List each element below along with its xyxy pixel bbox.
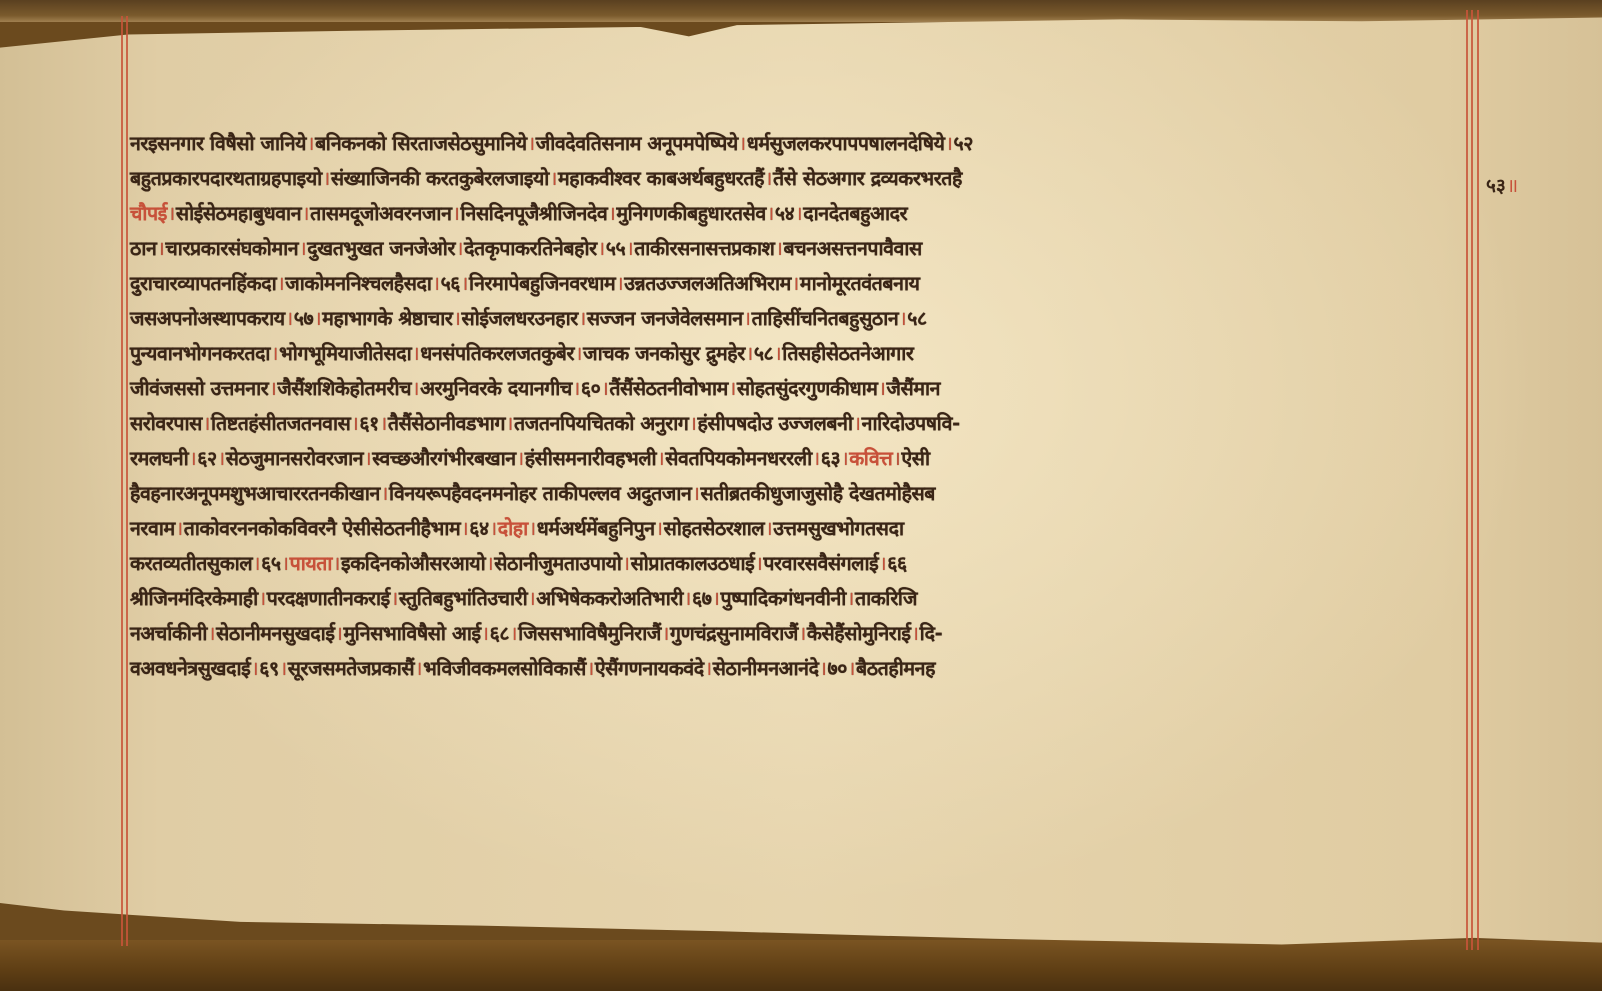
danda-mark: ।: [452, 202, 461, 225]
rubric-heading: चौपई: [130, 202, 167, 225]
verse-segment: दुराचारव्यापतनहिंकदा: [130, 272, 276, 295]
verse-segment: तैसैंसेठानीवडभाग: [388, 412, 505, 435]
left-margin-rule: [121, 16, 123, 946]
danda-mark: ।: [516, 447, 525, 470]
danda-mark: ।: [527, 587, 536, 610]
danda-mark: ।: [847, 657, 856, 680]
verse-segment: अरमुनिवरके दयानगीच: [420, 377, 572, 400]
verse-segment: ठान: [130, 237, 156, 260]
verse-segment: ६३: [821, 447, 840, 470]
verse-segment: श्रीजिनमंदिरकेमाही: [130, 587, 258, 610]
verse-segment: ५८: [907, 307, 926, 330]
verse-segment: सूरजसमतेजप्रकासैं: [288, 657, 414, 680]
danda-mark: ।: [527, 132, 536, 155]
danda-mark: ।: [683, 587, 692, 610]
manuscript-line: नअर्चाकीनी।सेठानीमनसुखदाई।मुनिसभाविषैसो …: [130, 616, 1448, 651]
verse-segment: सेठानीमनसुखदाई: [216, 622, 334, 645]
verse-segment: सरोवरपास: [130, 412, 202, 435]
danda-mark: ।: [279, 657, 288, 680]
verse-segment: सतीब्रतकीधुजाजुसोहै देखतमोहैसब: [700, 482, 935, 505]
danda-mark: ।: [704, 657, 713, 680]
danda-mark: ।: [574, 342, 583, 365]
danda-mark: ।: [625, 237, 634, 260]
manuscript-line: चौपई।सोईसेठमहाबुधवान।तासमदूजोअवरनजान।निस…: [130, 196, 1448, 231]
verse-segment: इकदिनकोऔसरआयो: [341, 552, 485, 575]
danda-mark: ।: [911, 622, 920, 645]
rubric-heading: कवित्त: [849, 447, 892, 470]
verse-segment: तिसहीसेठतनेआगार: [782, 342, 913, 365]
manuscript-text-block: नरइसनगार विषैसो जानिये।बनिकनको सिरताजसेठ…: [130, 126, 1448, 686]
verse-segment: भविजीवकमलसोविकासैं: [423, 657, 586, 680]
right-margin-rule: [1477, 10, 1479, 950]
danda-mark: ।: [846, 587, 855, 610]
verse-segment: जीवंजससो उत्तमनार: [130, 377, 268, 400]
verse-segment: ६९: [259, 657, 278, 680]
danda-mark: ।: [712, 587, 721, 610]
danda-mark: ।: [764, 167, 773, 190]
danda-mark: ।: [819, 657, 828, 680]
danda-mark: ।: [794, 202, 803, 225]
verse-segment: देतकृपाकरतिनेबहोर: [464, 237, 597, 260]
danda-mark: ।: [945, 132, 954, 155]
verse-segment: चारप्रकारसंघकोमान: [165, 237, 298, 260]
verse-segment: पुष्पादिकगंधनवीनी: [721, 587, 846, 610]
verse-segment: करतव्यतीतसुकाल: [130, 552, 252, 575]
rubric-heading: पायता: [290, 552, 332, 575]
verse-segment: ५७: [294, 307, 313, 330]
danda-mark: ।: [655, 517, 664, 540]
danda-mark: ।: [622, 552, 631, 575]
danda-mark: ।: [840, 447, 849, 470]
verse-segment: सेठजुमानसरोवरजान: [226, 447, 363, 470]
verse-segment: जिससभाविषैमुनिराजैं: [518, 622, 661, 645]
danda-mark: ।: [743, 307, 752, 330]
danda-mark: ।: [268, 377, 277, 400]
danda-mark: ।: [202, 412, 211, 435]
verse-segment: ६२: [197, 447, 216, 470]
danda-mark: ।: [270, 342, 279, 365]
verse-segment: ६८: [490, 622, 509, 645]
danda-mark: ।: [615, 272, 624, 295]
verse-segment: सोप्रातकालउठधाई: [631, 552, 755, 575]
verse-segment: स्वच्छऔरगंभीरबखान: [372, 447, 515, 470]
danda-mark: ।: [878, 552, 887, 575]
verse-segment: सज्जन जनजेवेलसमान: [587, 307, 743, 330]
danda-mark: ।: [306, 132, 315, 155]
verse-segment: सोईजलधरउनहार: [462, 307, 578, 330]
danda-mark: ।: [322, 167, 331, 190]
verse-segment: दि-: [920, 622, 943, 645]
verse-segment: ५४: [775, 202, 794, 225]
danda-mark: ।: [898, 307, 907, 330]
danda-mark: ।: [250, 657, 259, 680]
verse-segment: जाचक जनकोसुर द्रुमहेर: [583, 342, 745, 365]
verse-segment: हंसीसमनारीवहभली: [525, 447, 657, 470]
verse-segment: ताकोवरननकोकविवरनै ऐसीसेठतनीहैभाम: [184, 517, 460, 540]
danda-mark: ।: [600, 377, 609, 400]
manuscript-line: जीवंजससो उत्तमनार।जैसैंशशिकेहोतमरीच।अरमु…: [130, 371, 1448, 406]
danda-mark: ।: [281, 552, 290, 575]
verse-segment: जैसैंमान: [886, 377, 940, 400]
verse-segment: विनयरूपहैवदनमनोहर ताकीपल्लव अदुतजान: [389, 482, 692, 505]
verse-segment: ५८: [754, 342, 773, 365]
verse-segment: महाकवीश्वर काबअर्थबहुधरतहैं: [558, 167, 764, 190]
verse-segment: सेठानीमनआनंदे: [713, 657, 819, 680]
verse-segment: परदक्षणातीनकराई: [267, 587, 390, 610]
danda-mark: ।: [489, 517, 498, 540]
right-margin-rule: [1466, 10, 1468, 950]
verse-segment: अभिषेककरोअतिभारी: [536, 587, 683, 610]
verse-segment: ताहिसींचनितबहुसुठान: [752, 307, 899, 330]
danda-mark: ।: [252, 552, 261, 575]
verse-segment: ताकरिजि: [855, 587, 917, 610]
verse-segment: तासमदूजोअवरनजान: [310, 202, 451, 225]
verse-segment: ६७: [692, 587, 711, 610]
verse-segment: धनसंपतिकरलजतकुबेर: [420, 342, 574, 365]
danda-mark: ।: [572, 377, 581, 400]
backdrop-top: [0, 0, 1602, 22]
danda-mark: ।: [276, 272, 285, 295]
verse-segment: निसदिनपूजैश्रीजिनदेव: [461, 202, 608, 225]
verse-segment: ताकीरसनासत्तप्रकाश: [634, 237, 774, 260]
verse-segment: गुणचंद्रसुनामविराजैं: [670, 622, 798, 645]
manuscript-line: हैवहनारअनूपमशुभआचाररतनकीखान।विनयरूपहैवदन…: [130, 476, 1448, 511]
verse-segment: तैंसे सेठअगार द्रव्यकरभरतहै: [773, 167, 962, 190]
danda-mark: ।: [773, 342, 782, 365]
verse-segment: सेठानीजुमताउपायो: [494, 552, 621, 575]
manuscript-line: रमलघनी।६२।सेठजुमानसरोवरजान।स्वच्छऔरगंभीर…: [130, 441, 1448, 476]
left-margin-rule: [126, 16, 128, 946]
verse-segment: वअवधनेत्रसुखदाई: [130, 657, 250, 680]
margin-verse-number-text: ५३: [1486, 175, 1506, 197]
danda-mark: ।: [453, 307, 462, 330]
verse-segment: नअर्चाकीनी: [130, 622, 207, 645]
manuscript-line: दुराचारव्यापतनहिंकदा।जाकोमननिश्चलहैसदा।५…: [130, 266, 1448, 301]
danda-mark: ।: [390, 587, 399, 610]
right-margin-rule: [1471, 10, 1473, 950]
verse-segment: हंसीपषदोउ उज्जलबनी: [697, 412, 852, 435]
danda-mark: ।: [335, 622, 344, 645]
danda-mark: ।: [528, 517, 537, 540]
margin-verse-number: ५३॥: [1486, 172, 1519, 198]
verse-segment: ७०: [828, 657, 847, 680]
verse-segment: ६६: [887, 552, 906, 575]
manuscript-line: नरइसनगार विषैसो जानिये।बनिकनको सिरताजसेठ…: [130, 126, 1448, 161]
manuscript-line: नरवाम।ताकोवरननकोकविवरनै ऐसीसेठतनीहैभाम।६…: [130, 511, 1448, 546]
danda-mark: ।: [411, 377, 420, 400]
verse-segment: बचनअसत्तनपावैवास: [783, 237, 921, 260]
verse-segment: पुन्यवानभोगनकरतदा: [130, 342, 270, 365]
danda-mark: ।: [738, 132, 747, 155]
verse-segment: ऐसी: [901, 447, 929, 470]
verse-segment: ६०: [581, 377, 600, 400]
verse-segment: रमलघनी: [130, 447, 188, 470]
danda-mark: ।: [379, 412, 388, 435]
verse-segment: ६४: [469, 517, 488, 540]
danda-mark: ।: [411, 342, 420, 365]
danda-mark: ।: [745, 342, 754, 365]
verse-segment: जीवदेवतिसनाम अनूपमपेष्पिये: [536, 132, 738, 155]
verse-segment: सोहतसेठरशाल: [664, 517, 765, 540]
danda-mark: ।: [175, 517, 184, 540]
manuscript-line: सरोवरपास।तिष्टतहंसीतजतनवास।६१।तैसैंसेठान…: [130, 406, 1448, 441]
verse-segment: निरमापेबहुजिनवरधाम: [469, 272, 615, 295]
danda-mark: ।: [285, 307, 294, 330]
verse-segment: ऐसैंगणनायकवंदे: [595, 657, 704, 680]
danda-mark: ।: [301, 202, 310, 225]
manuscript-line: ठान।चारप्रकारसंघकोमान।दुखतभुखत जनजेओर।दे…: [130, 231, 1448, 266]
verse-segment: दानदेतबहुआदर: [803, 202, 907, 225]
verse-segment: मुनिगणकीबहुधारतसेव: [616, 202, 765, 225]
manuscript-line: पुन्यवानभोगनकरतदा।भोगभूमियाजीतेसदा।धनसंप…: [130, 336, 1448, 371]
danda-mark: ।: [363, 447, 372, 470]
danda-mark: ।: [812, 447, 821, 470]
verse-segment: धर्मसुजलकरपापपषालनदेषिये: [747, 132, 945, 155]
verse-segment: महाभागके श्रेष्ठाचार: [322, 307, 452, 330]
manuscript-line: श्रीजिनमंदिरकेमाही।परदक्षणातीनकराई।स्तुत…: [130, 581, 1448, 616]
manuscript-line: वअवधनेत्रसुखदाई।६९।सूरजसमतेजप्रकासैं।भवि…: [130, 651, 1448, 686]
verse-segment: ५६: [441, 272, 460, 295]
danda-mark: ।: [481, 622, 490, 645]
danda-mark: ।: [258, 587, 267, 610]
verse-segment: सोहतसुंदरगुणकीधाम: [737, 377, 878, 400]
danda-mark: ।: [313, 307, 322, 330]
verse-segment: जसअपनोअस्थापकराय: [130, 307, 285, 330]
verse-segment: धर्मअर्थमेंबहुनिपुन: [537, 517, 655, 540]
danda-mark: ।: [764, 517, 773, 540]
verse-segment: तजतनपियचितको अनुराग: [514, 412, 688, 435]
danda-mark: ।: [766, 202, 775, 225]
danda-mark: ।: [460, 517, 469, 540]
danda-mark: ।: [207, 622, 216, 645]
danda-mark: ।: [167, 202, 176, 225]
verse-segment: उन्नतउज्जलअतिअभिराम: [624, 272, 791, 295]
danda-mark: ।: [432, 272, 441, 295]
verse-segment: बहुतप्रकारपदारथताग्रहपाइयो: [130, 167, 322, 190]
danda-mark: ।: [586, 657, 595, 680]
double-danda: ॥: [1506, 175, 1519, 197]
danda-mark: ।: [607, 202, 616, 225]
danda-mark: ।: [728, 377, 737, 400]
verse-segment: बैठतहीमनह: [856, 657, 935, 680]
verse-segment: स्तुतिबहुभांतिउचारी: [399, 587, 527, 610]
danda-mark: ।: [578, 307, 587, 330]
verse-segment: परवारसवैसंगलाई: [763, 552, 878, 575]
manuscript-line: जसअपनोअस्थापकराय।५७।महाभागके श्रेष्ठाचार…: [130, 301, 1448, 336]
danda-mark: ।: [414, 657, 423, 680]
verse-segment: ५२: [954, 132, 973, 155]
danda-mark: ।: [332, 552, 341, 575]
rubric-heading: दोहा: [498, 517, 528, 540]
verse-segment: कैसेहैंसोमुनिराई: [807, 622, 911, 645]
manuscript-line: बहुतप्रकारपदारथताग्रहपाइयो।संख्याजिनकी क…: [130, 161, 1448, 196]
verse-segment: जाकोमननिश्चलहैसदा: [285, 272, 431, 295]
verse-segment: भोगभूमियाजीतेसदा: [279, 342, 411, 365]
verse-segment: नारिदोउपषवि-: [862, 412, 960, 435]
danda-mark: ।: [661, 622, 670, 645]
danda-mark: ।: [798, 622, 807, 645]
verse-segment: जैसैंशशिकेहोतमरीच: [277, 377, 411, 400]
verse-segment: संख्याजिनकी करतकुबेरलजाइयो: [331, 167, 549, 190]
danda-mark: ।: [597, 237, 606, 260]
danda-mark: ।: [509, 622, 518, 645]
danda-mark: ।: [853, 412, 862, 435]
verse-segment: बनिकनको सिरताजसेठसुमानिये: [315, 132, 527, 155]
verse-segment: नरइसनगार विषैसो जानिये: [130, 132, 306, 155]
danda-mark: ।: [656, 447, 665, 470]
verse-segment: तिष्टतहंसीतजतनवास: [211, 412, 350, 435]
verse-segment: सोईसेठमहाबुधवान: [176, 202, 301, 225]
danda-mark: ।: [460, 272, 469, 295]
danda-mark: ।: [380, 482, 389, 505]
danda-mark: ।: [754, 552, 763, 575]
backdrop-bottom: [0, 940, 1602, 991]
verse-segment: तैंसैंसेठतनीवोभाम: [609, 377, 728, 400]
verse-segment: उत्तमसुखभोगतसदा: [773, 517, 903, 540]
verse-segment: नरवाम: [130, 517, 175, 540]
danda-mark: ।: [549, 167, 558, 190]
verse-segment: हैवहनारअनूपमशुभआचाररतनकीखान: [130, 482, 380, 505]
danda-mark: ।: [791, 272, 800, 295]
danda-mark: ।: [188, 447, 197, 470]
danda-mark: ।: [298, 237, 307, 260]
verse-segment: मुनिसभाविषैसो आई: [344, 622, 481, 645]
danda-mark: ।: [485, 552, 494, 575]
verse-segment: दुखतभुखत जनजेओर: [307, 237, 455, 260]
danda-mark: ।: [505, 412, 514, 435]
danda-mark: ।: [455, 237, 464, 260]
manuscript-line: करतव्यतीतसुकाल।६५।पायता।इकदिनकोऔसरआयो।से…: [130, 546, 1448, 581]
danda-mark: ।: [217, 447, 226, 470]
verse-segment: मानोमूरतवंतबनाय: [800, 272, 920, 295]
verse-segment: ६१: [359, 412, 378, 435]
verse-segment: ६५: [261, 552, 280, 575]
verse-segment: ५५: [606, 237, 625, 260]
verse-segment: सेवतपियकोमनधररली: [665, 447, 812, 470]
